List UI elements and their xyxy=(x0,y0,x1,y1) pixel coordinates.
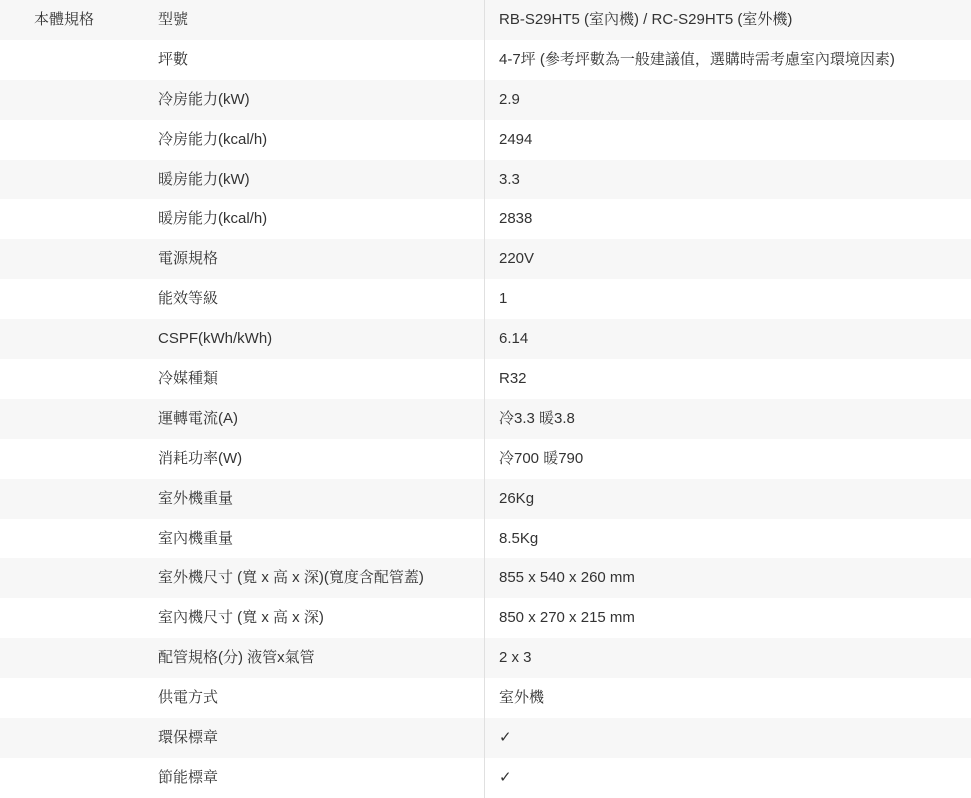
spec-value: 冷700 暖790 xyxy=(484,450,971,468)
spec-label: 冷媒種類 xyxy=(158,370,484,388)
spec-label: 冷房能力(kcal/h) xyxy=(158,131,484,149)
spec-row: 節能標章 ✓ xyxy=(0,758,971,798)
spec-value: 3.3 xyxy=(484,171,971,189)
spec-row: 供電方式 室外機 xyxy=(0,678,971,718)
spec-label: 坪數 xyxy=(158,51,484,69)
section-label: 本體規格 xyxy=(0,11,158,29)
spec-label: 消耗功率(W) xyxy=(158,450,484,468)
product-spec-table: 本體規格 型號 RB-S29HT5 (室內機) / RC-S29HT5 (室外機… xyxy=(0,0,971,798)
spec-value: 4-7坪 (參考坪數為一般建議值，選購時需考慮室內環境因素) xyxy=(484,51,971,69)
spec-row: 暖房能力(kcal/h) 2838 xyxy=(0,199,971,239)
spec-row: 室內機尺寸 (寬 x 高 x 深) 850 x 270 x 215 mm xyxy=(0,598,971,638)
spec-value: 室外機 xyxy=(484,689,971,707)
spec-label: 室內機重量 xyxy=(158,530,484,548)
spec-label: 節能標章 xyxy=(158,769,484,787)
spec-value: 冷3.3 暖3.8 xyxy=(484,410,971,428)
spec-row: 室外機重量 26Kg xyxy=(0,479,971,519)
spec-row: 室內機重量 8.5Kg xyxy=(0,519,971,559)
spec-row: 室外機尺寸 (寬 x 高 x 深)(寬度含配管蓋) 855 x 540 x 26… xyxy=(0,558,971,598)
spec-value: 1 xyxy=(484,290,971,308)
spec-label: 配管規格(分) 液管x氣管 xyxy=(158,649,484,667)
spec-value: 850 x 270 x 215 mm xyxy=(484,609,971,627)
spec-label: 室外機尺寸 (寬 x 高 x 深)(寬度含配管蓋) xyxy=(158,569,484,587)
spec-row: 配管規格(分) 液管x氣管 2 x 3 xyxy=(0,638,971,678)
spec-label: 環保標章 xyxy=(158,729,484,747)
column-divider-line xyxy=(484,0,485,798)
spec-row: 冷房能力(kW) 2.9 xyxy=(0,80,971,120)
spec-value: 2 x 3 xyxy=(484,649,971,667)
spec-value: 8.5Kg xyxy=(484,530,971,548)
spec-value: 2838 xyxy=(484,210,971,228)
spec-label: 型號 xyxy=(158,11,484,29)
spec-label: 能效等級 xyxy=(158,290,484,308)
spec-value: 2494 xyxy=(484,131,971,149)
spec-row: 環保標章 ✓ xyxy=(0,718,971,758)
spec-label: 室內機尺寸 (寬 x 高 x 深) xyxy=(158,609,484,627)
spec-label: 供電方式 xyxy=(158,689,484,707)
spec-value: 6.14 xyxy=(484,330,971,348)
spec-row: 運轉電流(A) 冷3.3 暖3.8 xyxy=(0,399,971,439)
spec-value: ✓ xyxy=(484,769,971,787)
spec-value: R32 xyxy=(484,370,971,388)
spec-value: RB-S29HT5 (室內機) / RC-S29HT5 (室外機) xyxy=(484,11,971,29)
spec-value: ✓ xyxy=(484,729,971,747)
spec-value: 220V xyxy=(484,250,971,268)
spec-row: 冷房能力(kcal/h) 2494 xyxy=(0,120,971,160)
spec-value: 2.9 xyxy=(484,91,971,109)
spec-label: 冷房能力(kW) xyxy=(158,91,484,109)
spec-label: 暖房能力(kW) xyxy=(158,171,484,189)
spec-label: 暖房能力(kcal/h) xyxy=(158,210,484,228)
spec-row: 本體規格 型號 RB-S29HT5 (室內機) / RC-S29HT5 (室外機… xyxy=(0,0,971,40)
spec-row: 暖房能力(kW) 3.3 xyxy=(0,160,971,200)
spec-row: 坪數 4-7坪 (參考坪數為一般建議值，選購時需考慮室內環境因素) xyxy=(0,40,971,80)
spec-label: 運轉電流(A) xyxy=(158,410,484,428)
spec-label: 電源規格 xyxy=(158,250,484,268)
spec-row: CSPF(kWh/kWh) 6.14 xyxy=(0,319,971,359)
spec-row: 電源規格 220V xyxy=(0,239,971,279)
spec-label: CSPF(kWh/kWh) xyxy=(158,330,484,348)
spec-label: 室外機重量 xyxy=(158,490,484,508)
spec-row: 消耗功率(W) 冷700 暖790 xyxy=(0,439,971,479)
spec-value: 26Kg xyxy=(484,490,971,508)
spec-row: 冷媒種類 R32 xyxy=(0,359,971,399)
spec-value: 855 x 540 x 260 mm xyxy=(484,569,971,587)
spec-row: 能效等級 1 xyxy=(0,279,971,319)
